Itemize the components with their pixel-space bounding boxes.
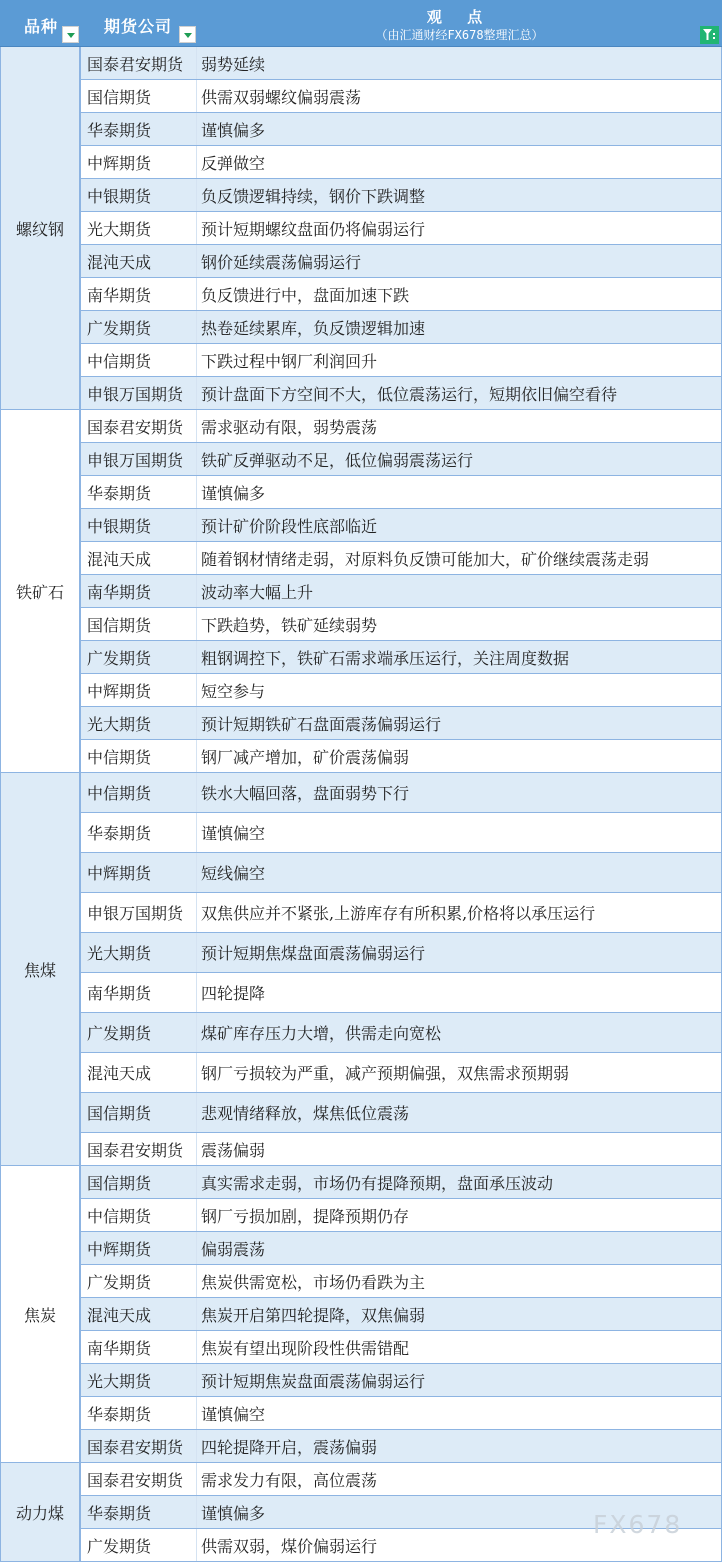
view-cell[interactable]: 真实需求走弱，市场仍有提降预期，盘面承压波动	[197, 1166, 722, 1198]
table-row: 国信期货下跌趋势，铁矿延续弱势	[80, 608, 722, 641]
view-cell[interactable]: 负反馈逻辑持续，钢价下跌调整	[197, 179, 722, 211]
company-cell[interactable]: 国信期货	[80, 1166, 197, 1198]
view-cell[interactable]: 双焦供应并不紧张,上游库存有所积累,价格将以承压运行	[197, 893, 722, 932]
company-filter-dropdown-icon[interactable]	[179, 26, 196, 43]
table-row: 广发期货粗钢调控下，铁矿石需求端承压运行，关注周度数据	[80, 641, 722, 674]
table-row: 光大期货预计短期螺纹盘面仍将偏弱运行	[80, 212, 722, 245]
table-row: 广发期货热卷延续累库，负反馈逻辑加速	[80, 311, 722, 344]
table-row: 中银期货负反馈逻辑持续，钢价下跌调整	[80, 179, 722, 212]
table-row: 国信期货供需双弱螺纹偏弱震荡	[80, 80, 722, 113]
table-row: 混沌天成钢价延续震荡偏弱运行	[80, 245, 722, 278]
company-cell[interactable]: 广发期货	[80, 1013, 197, 1052]
view-cell[interactable]: 预计盘面下方空间不大，低位震荡运行，短期依旧偏空看待	[197, 377, 722, 409]
company-cell[interactable]: 中信期货	[80, 344, 197, 376]
company-cell[interactable]: 南华期货	[80, 575, 197, 607]
table-row: 华泰期货谨慎偏空	[80, 1397, 722, 1430]
view-cell[interactable]: 悲观情绪释放，煤焦低位震荡	[197, 1093, 722, 1132]
company-cell[interactable]: 光大期货	[80, 933, 197, 972]
table-row: 中信期货钢厂减产增加，矿价震荡偏弱	[80, 740, 722, 773]
view-cell[interactable]: 钢厂亏损加剧，提降预期仍存	[197, 1199, 722, 1231]
view-cell[interactable]: 钢厂减产增加，矿价震荡偏弱	[197, 740, 722, 772]
view-cell[interactable]: 焦炭有望出现阶段性供需错配	[197, 1331, 722, 1363]
company-cell[interactable]: 南华期货	[80, 973, 197, 1012]
view-cell[interactable]: 铁水大幅回落，盘面弱势下行	[197, 773, 722, 812]
table-row: 中信期货铁水大幅回落，盘面弱势下行	[80, 773, 722, 813]
company-cell[interactable]: 华泰期货	[80, 813, 197, 852]
table-row: 南华期货负反馈进行中，盘面加速下跌	[80, 278, 722, 311]
table-row: 申银万国期货双焦供应并不紧张,上游库存有所积累,价格将以承压运行	[80, 893, 722, 933]
company-cell[interactable]: 中银期货	[80, 509, 197, 541]
variety-cell[interactable]: 铁矿石	[0, 410, 80, 773]
company-cell[interactable]: 混沌天成	[80, 1298, 197, 1330]
table-row: 申银万国期货预计盘面下方空间不大，低位震荡运行，短期依旧偏空看待	[80, 377, 722, 410]
table-row: 混沌天成钢厂亏损较为严重，减产预期偏强，双焦需求预期弱	[80, 1053, 722, 1093]
company-cell[interactable]: 混沌天成	[80, 1053, 197, 1092]
company-cell[interactable]: 中辉期货	[80, 853, 197, 892]
company-cell[interactable]: 混沌天成	[80, 245, 197, 277]
company-cell[interactable]: 华泰期货	[80, 1496, 197, 1528]
company-cell[interactable]: 国信期货	[80, 80, 197, 112]
table-row: 中辉期货短线偏空	[80, 853, 722, 893]
company-cell[interactable]: 国信期货	[80, 1093, 197, 1132]
views-filter-button[interactable]	[700, 26, 719, 44]
table-row: 中信期货钢厂亏损加剧，提降预期仍存	[80, 1199, 722, 1232]
filter-funnel-icon	[703, 29, 716, 41]
view-cell[interactable]: 谨慎偏空	[197, 813, 722, 852]
table-row: 光大期货预计短期铁矿石盘面震荡偏弱运行	[80, 707, 722, 740]
company-cell[interactable]: 国泰君安期货	[80, 410, 197, 442]
company-cell[interactable]: 国泰君安期货	[80, 1133, 197, 1165]
variety-group: 焦炭国信期货真实需求走弱，市场仍有提降预期，盘面承压波动中信期货钢厂亏损加剧，提…	[0, 1166, 722, 1463]
table-row: 国泰君安期货震荡偏弱	[80, 1133, 722, 1166]
table-row: 国泰君安期货弱势延续	[80, 47, 722, 80]
view-cell[interactable]: 谨慎偏空	[197, 1397, 722, 1429]
view-cell[interactable]: 短线偏空	[197, 853, 722, 892]
company-cell[interactable]: 申银万国期货	[80, 443, 197, 475]
variety-cell[interactable]: 动力煤	[0, 1463, 80, 1562]
variety-group: 铁矿石国泰君安期货需求驱动有限，弱势震荡申银万国期货铁矿反弹驱动不足，低位偏弱震…	[0, 410, 722, 773]
view-cell[interactable]: 下跌趋势，铁矿延续弱势	[197, 608, 722, 640]
table-row: 混沌天成焦炭开启第四轮提降，双焦偏弱	[80, 1298, 722, 1331]
table-row: 中信期货下跌过程中钢厂利润回升	[80, 344, 722, 377]
view-cell[interactable]: 四轮提降	[197, 973, 722, 1012]
variety-cell[interactable]: 焦煤	[0, 773, 80, 1166]
futures-views-sheet: 品种 期货公司 观 点 （由汇通财经FX678整理汇总） 螺纹钢国泰君安期货弱势…	[0, 0, 722, 1562]
view-cell[interactable]: 随着钢材情绪走弱，对原料负反馈可能加大，矿价继续震荡走弱	[197, 542, 722, 574]
view-cell[interactable]: 谨慎偏多	[197, 476, 722, 508]
table-body: 螺纹钢国泰君安期货弱势延续国信期货供需双弱螺纹偏弱震荡华泰期货谨慎偏多中辉期货反…	[0, 47, 722, 1562]
view-cell[interactable]: 反弹做空	[197, 146, 722, 178]
view-cell[interactable]: 预计短期铁矿石盘面震荡偏弱运行	[197, 707, 722, 739]
company-cell[interactable]: 国泰君安期货	[80, 1430, 197, 1462]
variety-filter-dropdown-icon[interactable]	[62, 26, 79, 43]
variety-cell[interactable]: 焦炭	[0, 1166, 80, 1463]
table-row: 国泰君安期货需求驱动有限，弱势震荡	[80, 410, 722, 443]
table-row: 国信期货悲观情绪释放，煤焦低位震荡	[80, 1093, 722, 1133]
company-cell[interactable]: 光大期货	[80, 707, 197, 739]
table-header: 品种 期货公司 观 点 （由汇通财经FX678整理汇总）	[0, 0, 722, 47]
table-row: 中辉期货短空参与	[80, 674, 722, 707]
company-cell[interactable]: 光大期货	[80, 212, 197, 244]
table-row: 华泰期货谨慎偏空	[80, 813, 722, 853]
view-cell[interactable]: 需求驱动有限，弱势震荡	[197, 410, 722, 442]
header-views: 观 点 （由汇通财经FX678整理汇总）	[197, 0, 722, 46]
view-cell[interactable]: 弱势延续	[197, 47, 722, 79]
company-cell[interactable]: 广发期货	[80, 311, 197, 343]
header-variety: 品种	[0, 0, 80, 46]
variety-group: 焦煤中信期货铁水大幅回落，盘面弱势下行华泰期货谨慎偏空中辉期货短线偏空申银万国期…	[0, 773, 722, 1166]
view-cell[interactable]: 预计短期螺纹盘面仍将偏弱运行	[197, 212, 722, 244]
company-cell[interactable]: 广发期货	[80, 1529, 197, 1561]
company-cell[interactable]: 中辉期货	[80, 146, 197, 178]
view-cell[interactable]: 粗钢调控下，铁矿石需求端承压运行，关注周度数据	[197, 641, 722, 673]
company-cell[interactable]: 国信期货	[80, 608, 197, 640]
view-cell[interactable]: 需求发力有限，高位震荡	[197, 1463, 722, 1495]
header-views-subtitle: （由汇通财经FX678整理汇总）	[197, 26, 722, 43]
view-cell[interactable]: 震荡偏弱	[197, 1133, 722, 1165]
company-cell[interactable]: 中信期货	[80, 740, 197, 772]
table-row: 光大期货预计短期焦煤盘面震荡偏弱运行	[80, 933, 722, 973]
view-cell[interactable]: 偏弱震荡	[197, 1232, 722, 1264]
table-row: 中辉期货偏弱震荡	[80, 1232, 722, 1265]
company-cell[interactable]: 广发期货	[80, 641, 197, 673]
table-row: 光大期货预计短期焦炭盘面震荡偏弱运行	[80, 1364, 722, 1397]
company-cell[interactable]: 申银万国期货	[80, 893, 197, 932]
header-company-label: 期货公司	[104, 14, 172, 37]
table-row: 华泰期货谨慎偏多	[80, 476, 722, 509]
view-cell[interactable]: 预计短期焦煤盘面震荡偏弱运行	[197, 933, 722, 972]
header-views-title: 观 点	[197, 6, 722, 27]
company-cell[interactable]: 国泰君安期货	[80, 1463, 197, 1495]
view-cell[interactable]: 供需双弱螺纹偏弱震荡	[197, 80, 722, 112]
header-variety-label: 品种	[24, 14, 58, 37]
view-cell[interactable]: 负反馈进行中，盘面加速下跌	[197, 278, 722, 310]
view-cell[interactable]: 四轮提降开启，震荡偏弱	[197, 1430, 722, 1462]
company-cell[interactable]: 申银万国期货	[80, 377, 197, 409]
table-row: 华泰期货谨慎偏多	[80, 113, 722, 146]
table-row: 申银万国期货铁矿反弹驱动不足，低位偏弱震荡运行	[80, 443, 722, 476]
company-cell[interactable]: 中辉期货	[80, 1232, 197, 1264]
company-cell[interactable]: 华泰期货	[80, 1397, 197, 1429]
company-cell[interactable]: 中辉期货	[80, 674, 197, 706]
table-row: 广发期货煤矿库存压力大增，供需走向宽松	[80, 1013, 722, 1053]
view-cell[interactable]: 短空参与	[197, 674, 722, 706]
watermark: FX678	[593, 1510, 682, 1539]
view-cell[interactable]: 煤矿库存压力大增，供需走向宽松	[197, 1013, 722, 1052]
table-row: 广发期货焦炭供需宽松，市场仍看跌为主	[80, 1265, 722, 1298]
company-cell[interactable]: 南华期货	[80, 1331, 197, 1363]
view-cell[interactable]: 钢价延续震荡偏弱运行	[197, 245, 722, 277]
view-cell[interactable]: 热卷延续累库，负反馈逻辑加速	[197, 311, 722, 343]
company-cell[interactable]: 华泰期货	[80, 476, 197, 508]
view-cell[interactable]: 预计短期焦炭盘面震荡偏弱运行	[197, 1364, 722, 1396]
table-row: 南华期货四轮提降	[80, 973, 722, 1013]
view-cell[interactable]: 谨慎偏多	[197, 113, 722, 145]
table-row: 南华期货波动率大幅上升	[80, 575, 722, 608]
table-row: 混沌天成随着钢材情绪走弱，对原料负反馈可能加大，矿价继续震荡走弱	[80, 542, 722, 575]
view-cell[interactable]: 预计矿价阶段性底部临近	[197, 509, 722, 541]
company-cell[interactable]: 广发期货	[80, 1265, 197, 1297]
variety-cell[interactable]: 螺纹钢	[0, 47, 80, 410]
company-cell[interactable]: 南华期货	[80, 278, 197, 310]
company-cell[interactable]: 混沌天成	[80, 542, 197, 574]
company-cell[interactable]: 中信期货	[80, 1199, 197, 1231]
table-row: 南华期货焦炭有望出现阶段性供需错配	[80, 1331, 722, 1364]
view-cell[interactable]: 波动率大幅上升	[197, 575, 722, 607]
view-cell[interactable]: 下跌过程中钢厂利润回升	[197, 344, 722, 376]
view-cell[interactable]: 钢厂亏损较为严重，减产预期偏强，双焦需求预期弱	[197, 1053, 722, 1092]
table-row: 国泰君安期货需求发力有限，高位震荡	[80, 1463, 722, 1496]
table-row: 国泰君安期货四轮提降开启，震荡偏弱	[80, 1430, 722, 1463]
view-cell[interactable]: 焦炭供需宽松，市场仍看跌为主	[197, 1265, 722, 1297]
company-cell[interactable]: 国泰君安期货	[80, 47, 197, 79]
table-row: 中银期货预计矿价阶段性底部临近	[80, 509, 722, 542]
company-cell[interactable]: 华泰期货	[80, 113, 197, 145]
company-cell[interactable]: 中信期货	[80, 773, 197, 812]
table-row: 中辉期货反弹做空	[80, 146, 722, 179]
header-company: 期货公司	[80, 0, 197, 46]
variety-group: 螺纹钢国泰君安期货弱势延续国信期货供需双弱螺纹偏弱震荡华泰期货谨慎偏多中辉期货反…	[0, 47, 722, 410]
company-cell[interactable]: 光大期货	[80, 1364, 197, 1396]
table-row: 国信期货真实需求走弱，市场仍有提降预期，盘面承压波动	[80, 1166, 722, 1199]
view-cell[interactable]: 铁矿反弹驱动不足，低位偏弱震荡运行	[197, 443, 722, 475]
view-cell[interactable]: 焦炭开启第四轮提降，双焦偏弱	[197, 1298, 722, 1330]
company-cell[interactable]: 中银期货	[80, 179, 197, 211]
